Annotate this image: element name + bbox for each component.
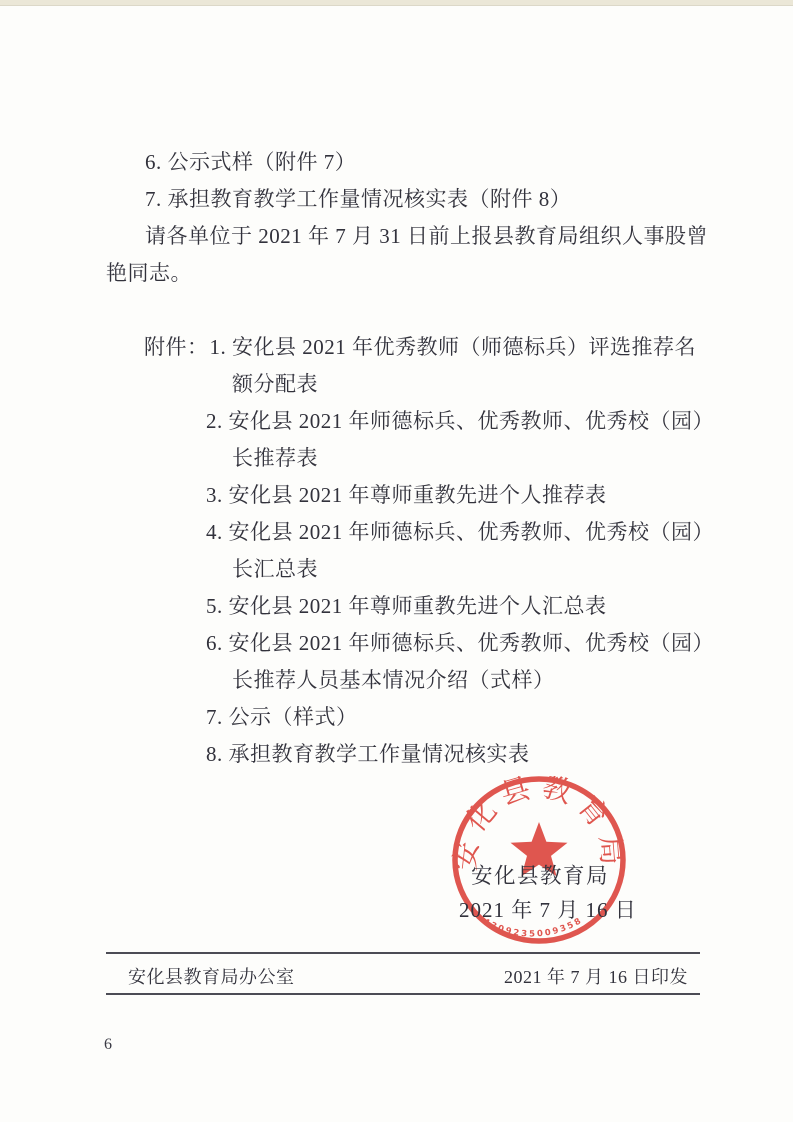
attachment-item-1-line-1: 1. 安化县 2021 年优秀教师（师德标兵）评选推荐名 <box>210 335 697 359</box>
signature-date: 2021 年 7 月 16 日 <box>459 894 637 924</box>
page-number: 6 <box>104 1036 112 1054</box>
attachment-item-4-line-2: 长汇总表 <box>232 551 726 588</box>
body-text-block: 6. 公示式样（附件 7） 7. 承担教育教学工作量情况核实表（附件 8） 请各… <box>106 144 706 292</box>
attachment-item-3: 3. 安化县 2021 年尊师重教先进个人推荐表 <box>206 477 726 514</box>
attachment-item-6-line-1: 6. 安化县 2021 年师德标兵、优秀教师、优秀校（园） <box>206 625 726 662</box>
attachment-item-8: 8. 承担教育教学工作量情况核实表 <box>206 736 726 773</box>
body-list-item-7: 7. 承担教育教学工作量情况核实表（附件 8） <box>145 181 706 218</box>
document-page: 6. 公示式样（附件 7） 7. 承担教育教学工作量情况核实表（附件 8） 请各… <box>0 0 793 1122</box>
attachment-item-6-line-2: 长推荐人员基本情况介绍（式样） <box>232 662 726 699</box>
attachment-item-4-line-1: 4. 安化县 2021 年师德标兵、优秀教师、优秀校（园） <box>206 514 726 551</box>
attachments-list: 附件：1. 安化县 2021 年优秀教师（师德标兵）评选推荐名 额分配表 2. … <box>106 329 726 773</box>
attachment-item-5: 5. 安化县 2021 年尊师重教先进个人汇总表 <box>206 588 726 625</box>
footer-row: 安化县教育局办公室 2021 年 7 月 16 日印发 <box>106 963 700 989</box>
notice-paragraph-line-1: 请各单位于 2021 年 7 月 31 日前上报县教育局组织人事股曾 <box>145 218 706 255</box>
signature-organization: 安化县教育局 <box>471 859 609 890</box>
footer-rule-top <box>106 952 700 954</box>
attachment-item-2-line-1: 2. 安化县 2021 年师德标兵、优秀教师、优秀校（园） <box>206 403 726 440</box>
body-list-item-6: 6. 公示式样（附件 7） <box>145 144 706 181</box>
attachment-item-7: 7. 公示（样式） <box>206 699 726 736</box>
attachment-item-2-line-2: 长推荐表 <box>232 440 726 477</box>
scan-edge-artifact <box>0 0 793 6</box>
footer-rule-bottom <box>106 993 700 995</box>
attachment-item-1-line-2: 额分配表 <box>232 366 726 403</box>
footer-office-name: 安化县教育局办公室 <box>128 963 295 989</box>
attachment-item-1: 附件：1. 安化县 2021 年优秀教师（师德标兵）评选推荐名 <box>144 329 726 366</box>
footer-issue-date: 2021 年 7 月 16 日印发 <box>504 963 688 989</box>
notice-paragraph-line-2: 艳同志。 <box>106 255 706 292</box>
attachments-label: 附件： <box>144 329 209 366</box>
